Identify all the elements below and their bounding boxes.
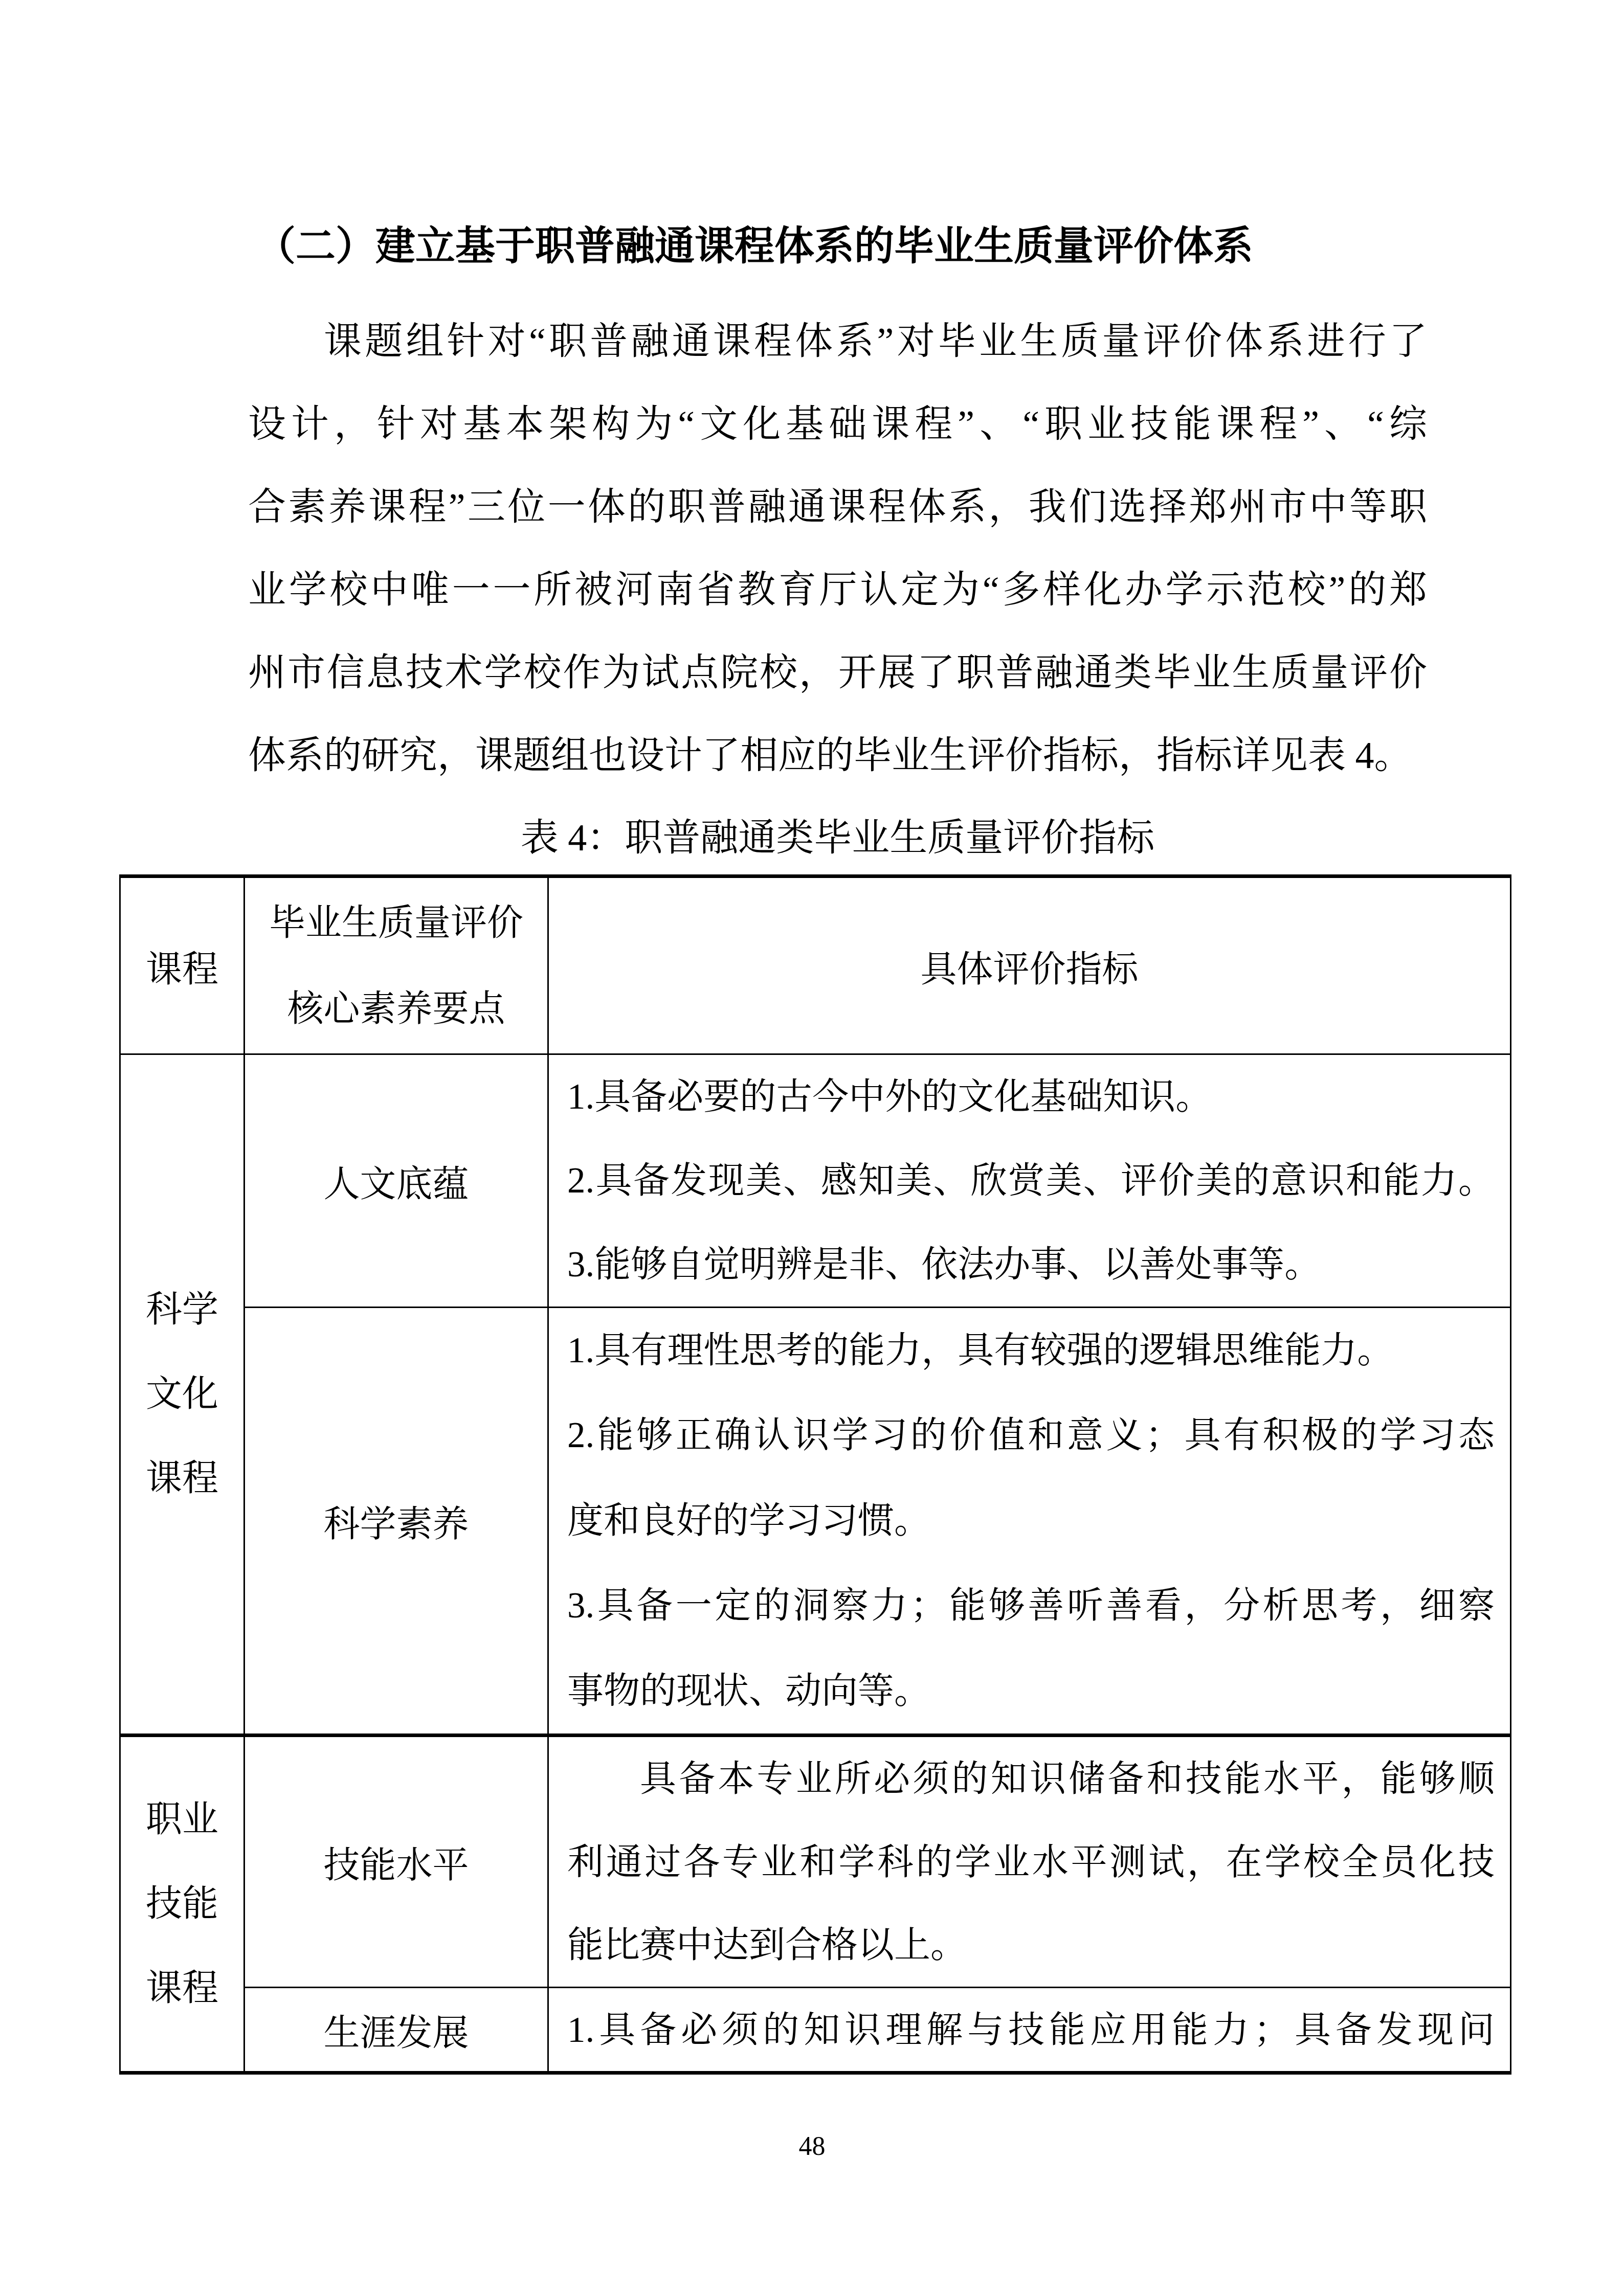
- row-label-text: 生涯发展: [323, 2004, 469, 2056]
- header-course-label: 课程: [146, 940, 218, 992]
- course-group-science-culture: 科学 文化 课程: [121, 1055, 243, 1734]
- indicator-line: 2.能够正确认识学习的价值和意义；具有积极的学习态: [567, 1393, 1495, 1478]
- course-word: 文化: [146, 1352, 218, 1436]
- header-cell-core-competency: 毕业生质量评价 核心素养要点: [245, 878, 547, 1053]
- course-word: 职业: [146, 1777, 218, 1862]
- row-label-text: 技能水平: [323, 1836, 469, 1888]
- indicator-line: 1.具备必要的古今中外的文化基础知识。: [567, 1055, 1495, 1139]
- indicator-cell-skill-level: 具备本专业所必须的知识储备和技能水平，能够顺 利通过各专业和学科的学业水平测试，…: [549, 1737, 1510, 1987]
- section-heading: （二）建立基于职普融通课程体系的毕业生质量评价体系: [256, 223, 1253, 269]
- paragraph-line: 课题组针对“职普融通课程体系”对毕业生质量评价体系进行了: [248, 300, 1427, 383]
- body-paragraph: 课题组针对“职普融通课程体系”对毕业生质量评价体系进行了 设计，针对基本架构为“…: [248, 300, 1427, 797]
- course-word: 课程: [146, 1946, 218, 2031]
- table-section-divider: [121, 1734, 1510, 1737]
- paragraph-line: 业学校中唯一一所被河南省教育厅认定为“多样化办学示范校”的郑: [248, 549, 1427, 632]
- row-label-text: 人文底蕴: [323, 1155, 469, 1207]
- header-cell-indicators: 具体评价指标: [549, 878, 1510, 1053]
- indicator-line: 度和良好的学习习惯。: [567, 1478, 1495, 1563]
- indicator-line: 具备本专业所必须的知识储备和技能水平，能够顺: [567, 1737, 1495, 1820]
- course-word: 技能: [146, 1862, 218, 1946]
- course-group-vocational-skill: 职业 技能 课程: [121, 1737, 243, 2071]
- indicator-line: 3.具备一定的洞察力；能够善听善看，分析思考，细察: [567, 1563, 1495, 1648]
- row-label-science-literacy: 科学素养: [245, 1308, 547, 1734]
- header-core-line: 毕业生质量评价: [269, 880, 523, 966]
- row-label-humanity: 人文底蕴: [245, 1055, 547, 1307]
- indicator-line: 1.具备必须的知识理解与技能应用能力；具备发现问: [567, 1988, 1495, 2071]
- indicator-cell-science-literacy: 1.具有理性思考的能力，具有较强的逻辑思维能力。 2.能够正确认识学习的价值和意…: [549, 1308, 1510, 1734]
- table-caption: 表 4：职普融通类毕业生质量评价指标: [248, 817, 1427, 860]
- indicator-line: 利通过各专业和学科的学业水平测试，在学校全员化技: [567, 1820, 1495, 1904]
- indicator-line: 2.具备发现美、感知美、欣赏美、评价美的意识和能力。: [567, 1139, 1495, 1223]
- indicator-line: 3.能够自觉明辨是非、依法办事、以善处事等。: [567, 1223, 1495, 1307]
- evaluation-table: 课程 毕业生质量评价 核心素养要点 具体评价指标 科学 文化 课程 人文底蕴 1…: [119, 874, 1511, 2075]
- paragraph-line: 设计，针对基本架构为“文化基础课程”、“职业技能课程”、“综: [248, 383, 1427, 466]
- paragraph-line: 州市信息技术学校作为试点院校，开展了职普融通类毕业生质量评价: [248, 632, 1427, 714]
- indicator-cell-career-development: 1.具备必须的知识理解与技能应用能力；具备发现问: [549, 1988, 1510, 2071]
- indicator-cell-humanity: 1.具备必要的古今中外的文化基础知识。 2.具备发现美、感知美、欣赏美、评价美的…: [549, 1055, 1510, 1307]
- document-page: （二）建立基于职普融通课程体系的毕业生质量评价体系 课题组针对“职普融通课程体系…: [0, 0, 1624, 2296]
- indicator-line: 事物的现状、动向等。: [567, 1649, 1495, 1734]
- header-indicators-label: 具体评价指标: [920, 940, 1138, 992]
- row-label-text: 科学素养: [323, 1495, 469, 1547]
- header-cell-course: 课程: [121, 878, 243, 1053]
- row-label-skill-level: 技能水平: [245, 1737, 547, 1987]
- page-number: 48: [0, 2131, 1624, 2162]
- row-label-career-development: 生涯发展: [245, 1988, 547, 2071]
- paragraph-line: 合素养课程”三位一体的职普融通课程体系，我们选择郑州市中等职: [248, 466, 1427, 549]
- course-word: 科学: [146, 1268, 218, 1352]
- paragraph-line: 体系的研究，课题组也设计了相应的毕业生评价指标，指标详见表 4。: [248, 714, 1427, 797]
- header-core-line: 核心素养要点: [287, 966, 505, 1052]
- indicator-line: 能比赛中达到合格以上。: [567, 1903, 1495, 1987]
- course-word: 课程: [146, 1436, 218, 1521]
- indicator-line: 1.具有理性思考的能力，具有较强的逻辑思维能力。: [567, 1308, 1495, 1393]
